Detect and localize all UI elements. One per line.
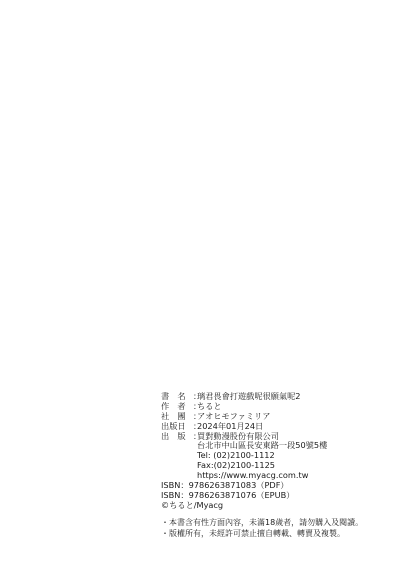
legal-notes: ・本書含有性方面內容，未滿18歲者，請勿購入及閱讀。 ・版權所有，未經許可禁止擅… <box>161 517 363 539</box>
title-row: 書 名 ： 璃君畏會打遊戲呢很願氣呢2 <box>161 392 327 402</box>
note-adult-content: ・本書含有性方面內容，未滿18歲者，請勿購入及閱讀。 <box>161 517 363 528</box>
copyright: ©ちると/Myacg <box>161 501 327 511</box>
publisher-label: 出 版 <box>161 432 193 442</box>
note-copyright: ・版權所有，未經許可禁止擅自轉載、轉賣及複製。 <box>161 528 363 539</box>
colophon: 書 名 ： 璃君畏會打遊戲呢很願氣呢2 作 者 ： ちると 社 團 ： アオヒモ… <box>161 392 327 511</box>
